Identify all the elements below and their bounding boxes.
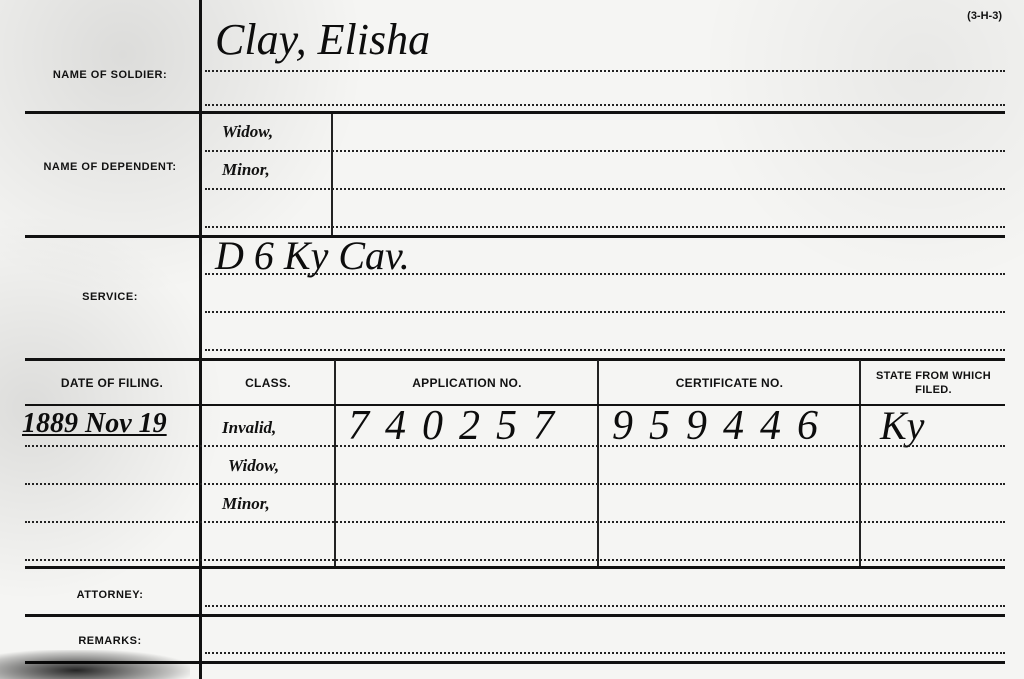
dependent-dotted-line-2 <box>205 188 1005 190</box>
state-column-divider <box>859 360 861 567</box>
date-of-filing-value: 1889 Nov 19 <box>22 408 167 440</box>
dependent-dotted-line-3 <box>205 226 1005 228</box>
class-option-widow: Widow, <box>228 456 279 476</box>
class-option-minor: Minor, <box>222 494 270 514</box>
table-dotted-line-4 <box>25 559 1005 561</box>
header-state-from-which-filed: STATE FROM WHICH FILED. <box>862 362 1005 404</box>
service-dotted-line-2 <box>205 311 1005 313</box>
dependent-option-minor: Minor, <box>222 160 270 180</box>
attorney-row-border <box>25 614 1005 617</box>
pension-index-card: (3-H-3) NAME OF SOLDIER: Clay, Elisha NA… <box>0 0 1024 679</box>
certificate-no-value: 959446 <box>612 402 834 450</box>
service-dotted-line-1 <box>205 273 1005 275</box>
class-option-invalid: Invalid, <box>222 418 276 438</box>
state-value: Ky <box>880 402 924 449</box>
table-bottom-border <box>25 566 1005 569</box>
name-of-soldier-label: NAME OF SOLDIER: <box>40 68 180 82</box>
soldier-name-value: Clay, Elisha <box>215 14 430 65</box>
certificate-column-divider <box>597 360 599 567</box>
form-code: (3-H-3) <box>967 10 1002 22</box>
service-dotted-line-3 <box>205 349 1005 351</box>
table-dotted-line-1 <box>25 445 1005 447</box>
attorney-dotted-line <box>205 605 1005 607</box>
application-no-value: 740257 <box>348 402 570 450</box>
ink-smudge <box>0 650 190 679</box>
dependent-option-widow: Widow, <box>222 122 273 142</box>
dependent-dotted-line-1 <box>205 150 1005 152</box>
table-dotted-line-2 <box>25 483 1005 485</box>
service-row-border <box>25 358 1005 361</box>
soldier-dotted-line-1 <box>205 70 1005 72</box>
header-certificate-no: CERTIFICATE NO. <box>600 362 859 404</box>
class-column-divider <box>334 360 336 567</box>
table-dotted-line-3 <box>25 521 1005 523</box>
dependent-column-divider <box>331 114 333 236</box>
label-column-divider <box>199 0 202 679</box>
soldier-dotted-line-2 <box>205 104 1005 106</box>
soldier-row-border <box>25 111 1005 114</box>
header-date-of-filing: DATE OF FILING. <box>25 362 199 404</box>
attorney-label: ATTORNEY: <box>40 588 180 602</box>
remarks-dotted-line <box>205 652 1005 654</box>
header-class: CLASS. <box>202 362 334 404</box>
service-value: D 6 Ky Cav. <box>215 232 410 279</box>
header-application-no: APPLICATION NO. <box>337 362 597 404</box>
remarks-label: REMARKS: <box>40 634 180 648</box>
name-of-dependent-label: NAME OF DEPENDENT: <box>40 160 180 174</box>
dependent-row-border <box>25 235 1005 238</box>
service-label: SERVICE: <box>40 290 180 304</box>
